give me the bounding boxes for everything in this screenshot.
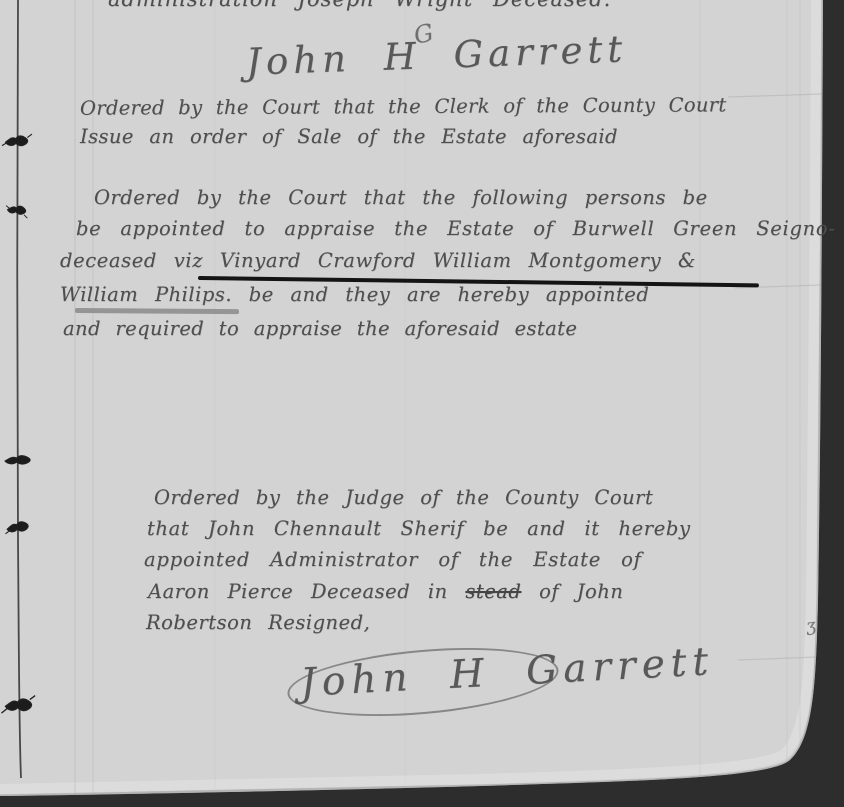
order-appraise-line-3: deceased viz Vinyard Crawford William Mo… bbox=[60, 249, 696, 272]
order-sale-line-1: Ordered by the Court that the Clerk of t… bbox=[80, 93, 727, 119]
order-appraise-line-2: be appointed to appraise the Estate of B… bbox=[76, 217, 836, 240]
margin-mark: ʒ bbox=[805, 615, 817, 636]
clipped-previous-entry-line: administration Joseph Wright Deceased. bbox=[108, 0, 611, 11]
order-appraise-line-4: William Philips. be and they are hereby … bbox=[60, 283, 649, 306]
struck-out-word: stead bbox=[465, 580, 521, 603]
order-administrator-line-2: that John Chennault Sherif be and it her… bbox=[147, 517, 691, 540]
text-run: Aaron Pierce Deceased in bbox=[148, 580, 465, 603]
scanned-court-record-page: administration Joseph Wright Deceased. G… bbox=[0, 0, 844, 807]
order-administrator-line-3: appointed Administrator of the Estate of bbox=[144, 548, 642, 571]
order-administrator-line-5: Robertson Resigned, bbox=[146, 611, 370, 634]
order-administrator-line-4: Aaron Pierce Deceased in stead of John bbox=[148, 580, 623, 603]
order-appraise-line-1: Ordered by the Court that the following … bbox=[94, 186, 708, 209]
order-administrator-line-1: Ordered by the Judge of the County Court bbox=[154, 486, 653, 509]
order-sale-line-2: Issue an order of Sale of the Estate afo… bbox=[80, 125, 618, 148]
order-appraise-line-5: and required to appraise the aforesaid e… bbox=[63, 317, 577, 340]
text-run: of John bbox=[521, 580, 623, 603]
